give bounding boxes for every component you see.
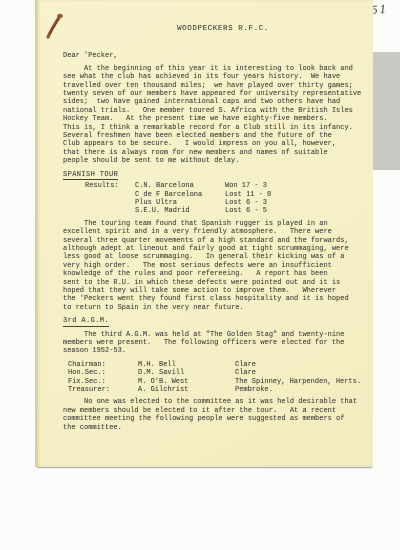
text-line: the committee. bbox=[63, 424, 365, 432]
officer-name: M. O'B. West bbox=[138, 378, 235, 386]
officer-row: Hon.Sec.: D.M. Savill Clare bbox=[68, 369, 365, 377]
scanned-letter-page: { "page": { "year_annotation": "1951", "… bbox=[0, 0, 400, 550]
section-heading-spanish-tour: SPANISH TOUR bbox=[63, 171, 118, 180]
text-line: new members should be elected to it afte… bbox=[63, 407, 365, 415]
officer-role: Treasurer: bbox=[68, 386, 138, 394]
text-line: national trials. One member toured S. Af… bbox=[63, 107, 365, 115]
results-table: Results: C.N. Barcelona Won 17 - 3 C de … bbox=[85, 182, 365, 216]
results-score: Lost 11 - 8 bbox=[225, 191, 271, 199]
text-line: sides; two have gained international cap… bbox=[63, 98, 365, 106]
text-line: people should be sent to me without dela… bbox=[63, 157, 365, 165]
officer-name: A. Gilchrist bbox=[138, 386, 235, 394]
officer-row: Fix.Sec.: M. O'B. West The Spinney, Harp… bbox=[68, 378, 365, 386]
paragraph-tour-report: The touring team found that Spanish rugg… bbox=[63, 220, 365, 312]
officer-address: The Spinney, Harpenden, Herts. bbox=[235, 378, 361, 386]
officer-role: Hon.Sec.: bbox=[68, 369, 138, 377]
salutation: Dear 'Pecker, bbox=[63, 52, 365, 60]
paragraph-intro: At the beginning of this year it is inte… bbox=[63, 65, 365, 166]
letter-paper: WOODPECKERS R.F.C. Dear 'Pecker, At the … bbox=[36, 0, 373, 467]
text-line: see what the club has achieved in its fo… bbox=[63, 73, 365, 81]
text-line: less good at loose scrummaging. In gener… bbox=[63, 253, 365, 261]
officer-address: Clare bbox=[235, 361, 256, 369]
officer-address: Clare bbox=[235, 369, 256, 377]
text-line: excellent spirit and in a very friendly … bbox=[63, 228, 365, 236]
results-team: C.N. Barcelona bbox=[135, 182, 225, 190]
text-line: Club appears to be secure. I would impre… bbox=[63, 140, 365, 148]
officer-row: Chairman: M.H. Bell Clare bbox=[68, 361, 365, 369]
officer-name: M.H. Bell bbox=[138, 361, 235, 369]
results-label-spacer bbox=[85, 199, 135, 207]
paragraph-agm-intro: The third A.G.M. was held at "The Golden… bbox=[63, 331, 365, 356]
text-line: No one was elected to the committee as i… bbox=[63, 398, 365, 406]
stain-mark bbox=[44, 10, 66, 40]
text-line: to return to Spain in the very near futu… bbox=[63, 304, 365, 312]
text-line: season 1952-53. bbox=[63, 347, 365, 355]
text-line: committee meeting the following people w… bbox=[63, 415, 365, 423]
section-heading-agm: 3rd A.G.M. bbox=[63, 317, 109, 326]
officer-row: Treasurer: A. Gilchrist Pembroke. bbox=[68, 386, 365, 394]
officer-role: Chairman: bbox=[68, 361, 138, 369]
text-line: At the beginning of this year it is inte… bbox=[63, 65, 365, 73]
officer-address: Pembroke. bbox=[235, 386, 273, 394]
text-line: This is, I think a remarkable record for… bbox=[63, 124, 365, 132]
results-label-spacer bbox=[85, 191, 135, 199]
text-line: the 'Peckers went they found first class… bbox=[63, 295, 365, 303]
text-line: The third A.G.M. was held at "The Golden… bbox=[63, 331, 365, 339]
results-label-spacer bbox=[85, 207, 135, 215]
results-team: S.E.U. Madrid bbox=[135, 207, 225, 215]
results-row: Results: C.N. Barcelona Won 17 - 3 bbox=[85, 182, 365, 190]
officer-name: D.M. Savill bbox=[138, 369, 235, 377]
text-line: several three quarter movements of a hig… bbox=[63, 237, 365, 245]
letter-title: WOODPECKERS R.F.C. bbox=[81, 25, 365, 33]
text-line: sent to the R.U. in which these defects … bbox=[63, 279, 365, 287]
results-score: Lost 6 - 5 bbox=[225, 207, 267, 215]
results-score: Won 17 - 3 bbox=[225, 182, 267, 190]
officer-role: Fix.Sec.: bbox=[68, 378, 138, 386]
results-row: C de F Barcelona Lost 11 - 8 bbox=[85, 191, 365, 199]
results-team: C de F Barcelona bbox=[135, 191, 225, 199]
results-label: Results: bbox=[85, 182, 135, 190]
officers-table: Chairman: M.H. Bell Clare Hon.Sec.: D.M.… bbox=[68, 361, 365, 395]
text-line: The touring team found that Spanish rugg… bbox=[63, 220, 365, 228]
text-line: travelled over ten thousand miles; we ha… bbox=[63, 82, 365, 90]
text-line: very high order. The most serious defect… bbox=[63, 262, 365, 270]
text-line: knowledge of the rules and poor refereei… bbox=[63, 270, 365, 278]
text-line: Hockey Team. At the present time we have… bbox=[63, 115, 365, 123]
paragraph-committee-note: No one was elected to the committee as i… bbox=[63, 398, 365, 432]
scanner-shadow-band bbox=[371, 52, 400, 170]
results-row: S.E.U. Madrid Lost 6 - 5 bbox=[85, 207, 365, 215]
